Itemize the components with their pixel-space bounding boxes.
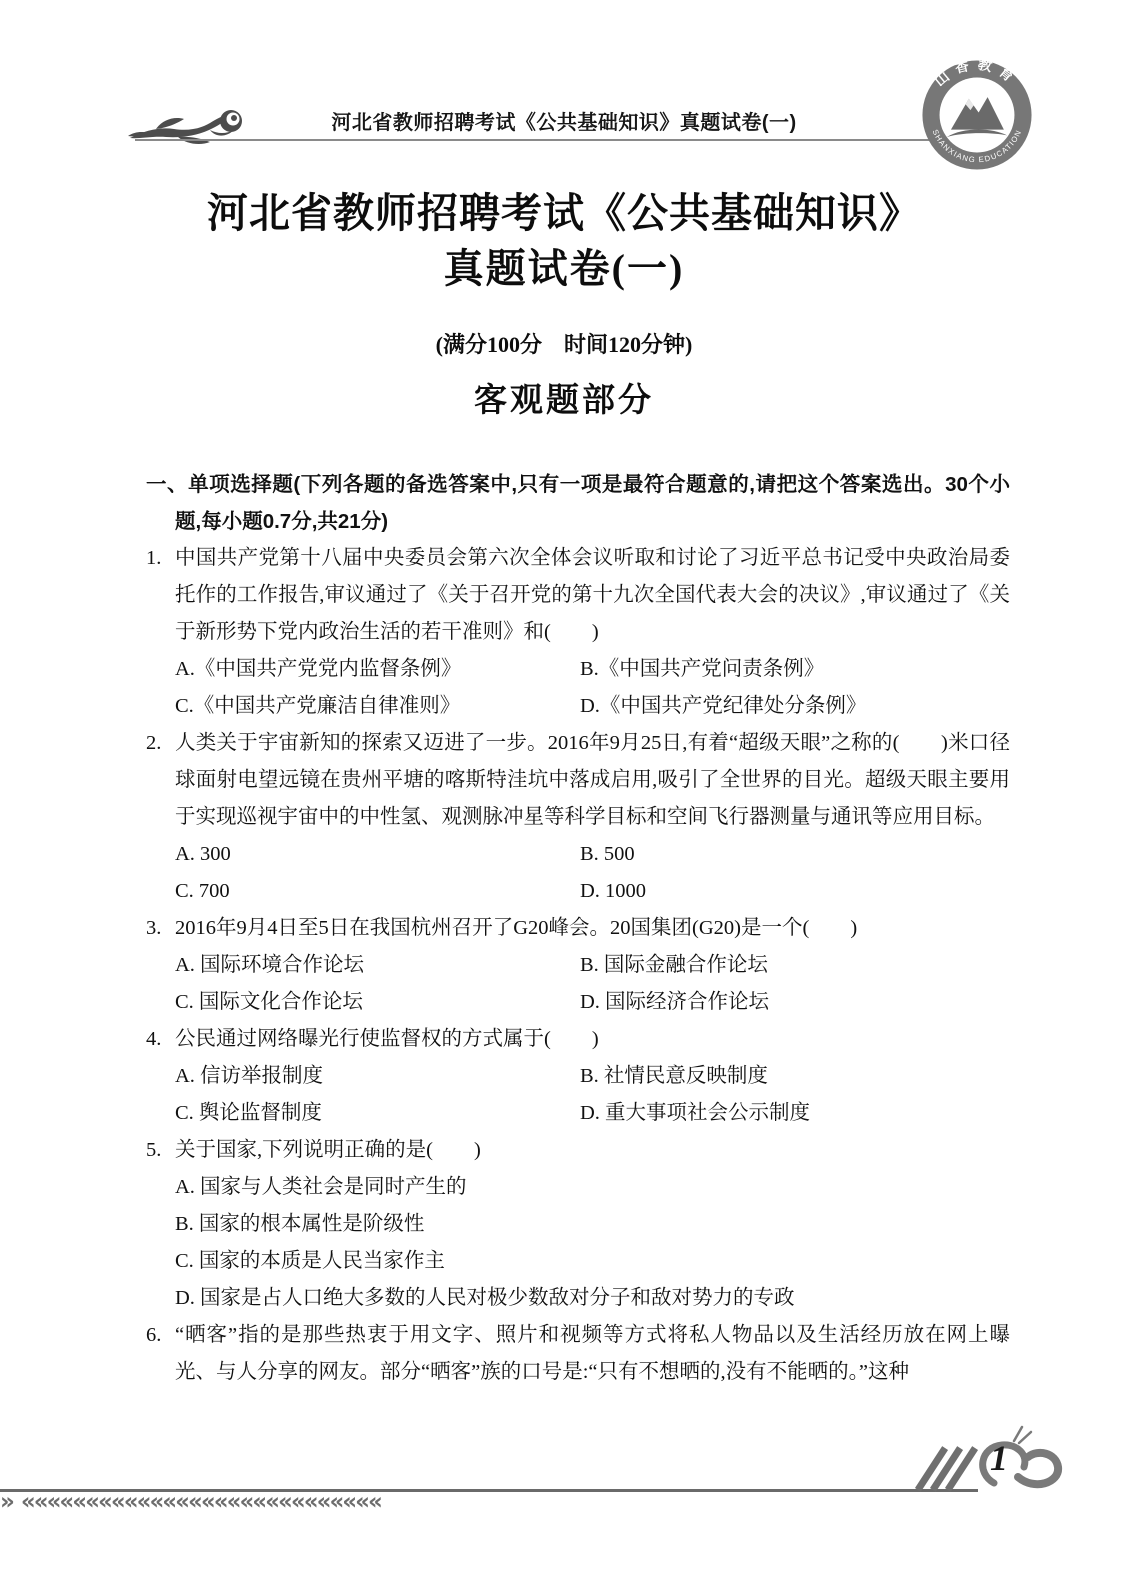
question-5: 5. 关于国家,下列说明正确的是( ) (146, 1132, 1010, 1169)
question-1-options: A.《中国共产党党内监督条例》 B.《中国共产党问责条例》 C.《中国共产党廉洁… (146, 651, 1010, 725)
header-rule (135, 139, 1005, 141)
option: C.《中国共产党廉洁自律准则》 (175, 688, 580, 725)
shanxiang-education-logo: 山香教育 SHANXIANG EDUCATION (920, 58, 1034, 172)
option: B. 500 (580, 836, 1010, 873)
question-number: 5. (146, 1132, 175, 1169)
part-heading: 一、单项选择题(下列各题的备选答案中,只有一项是最符合题意的,请把这个答案选出。… (146, 466, 1010, 540)
question-number: 3. (146, 910, 175, 947)
option: D. 重大事项社会公示制度 (580, 1095, 1010, 1132)
option: C. 国家的本质是人民当家作主 (175, 1243, 1010, 1280)
option: D. 国际经济合作论坛 (580, 984, 1010, 1021)
question-text: 公民通过网络曝光行使监督权的方式属于( ) (175, 1021, 1010, 1058)
question-text: 中国共产党第十八届中央委员会第六次全体会议听取和讨论了习近平总书记受中央政治局委… (175, 540, 1010, 651)
option: B.《中国共产党问责条例》 (580, 651, 1010, 688)
left-chevron-row-icon: «««««««««««««««««««««««««««« (21, 1489, 381, 1515)
option: B. 社情民意反映制度 (580, 1058, 1010, 1095)
option: B. 国家的根本属性是阶级性 (175, 1206, 1010, 1243)
question-number: 2. (146, 725, 175, 762)
page-number: 1 (990, 1437, 1008, 1479)
question-2-options: A. 300 B. 500 C. 700 D. 1000 (146, 836, 1010, 910)
chevron-strip-icon: »«««««««««««««««««««««««««««« (0, 1489, 381, 1515)
question-6: 6. “晒客”指的是那些热衷于用文字、照片和视频等方式将私人物品以及生活经历放在… (146, 1317, 1010, 1391)
exam-body: 一、单项选择题(下列各题的备选答案中,只有一项是最符合题意的,请把这个答案选出。… (146, 466, 1010, 1391)
option: A.《中国共产党党内监督条例》 (175, 651, 580, 688)
question-text: 人类关于宇宙新知的探索又迈进了一步。2016年9月25日,有着“超级天眼”之称的… (175, 725, 1010, 836)
option: A. 国家与人类社会是同时产生的 (175, 1169, 1010, 1206)
question-3: 3. 2016年9月4日至5日在我国杭州召开了G20峰会。20国集团(G20)是… (146, 910, 1010, 947)
question-1: 1. 中国共产党第十八届中央委员会第六次全体会议听取和讨论了习近平总书记受中央政… (146, 540, 1010, 651)
option: C. 国际文化合作论坛 (175, 984, 580, 1021)
option: D.《中国共产党纪律处分条例》 (580, 688, 1010, 725)
document-title-line2: 真题试卷(一) (0, 237, 1128, 294)
question-2: 2. 人类关于宇宙新知的探索又迈进了一步。2016年9月25日,有着“超级天眼”… (146, 725, 1010, 836)
question-4-options: A. 信访举报制度 B. 社情民意反映制度 C. 舆论监督制度 D. 重大事项社… (146, 1058, 1010, 1132)
option: A. 国际环境合作论坛 (175, 947, 580, 984)
option: A. 300 (175, 836, 580, 873)
option: D. 国家是占人口绝大多数的人民对极少数敌对分子和敌对势力的专政 (175, 1280, 1010, 1317)
objective-section-title: 客观题部分 (0, 374, 1128, 421)
question-number: 6. (146, 1317, 175, 1354)
question-text: “晒客”指的是那些热衷于用文字、照片和视频等方式将私人物品以及生活经历放在网上曝… (175, 1317, 1010, 1391)
option: C. 舆论监督制度 (175, 1095, 580, 1132)
option: C. 700 (175, 873, 580, 910)
question-4: 4. 公民通过网络曝光行使监督权的方式属于( ) (146, 1021, 1010, 1058)
question-3-options: A. 国际环境合作论坛 B. 国际金融合作论坛 C. 国际文化合作论坛 D. 国… (146, 947, 1010, 1021)
question-5-options: A. 国家与人类社会是同时产生的 B. 国家的根本属性是阶级性 C. 国家的本质… (146, 1169, 1010, 1317)
butterfly-ornament-icon (972, 1425, 1068, 1505)
option: B. 国际金融合作论坛 (580, 947, 1010, 984)
option: A. 信访举报制度 (175, 1058, 580, 1095)
option: D. 1000 (580, 873, 1010, 910)
right-chevron-icon: » (0, 1489, 13, 1515)
document-title-line1: 河北省教师招聘考试《公共基础知识》 (0, 180, 1128, 239)
question-number: 4. (146, 1021, 175, 1058)
question-text: 2016年9月4日至5日在我国杭州召开了G20峰会。20国集团(G20)是一个(… (175, 910, 1010, 947)
exam-meta: (满分100分 时间120分钟) (0, 328, 1128, 359)
exam-page: 河北省教师招聘考试《公共基础知识》真题试卷(一) 山香教育 SHANXIANG … (0, 0, 1128, 1571)
question-number: 1. (146, 540, 175, 577)
question-text: 关于国家,下列说明正确的是( ) (175, 1132, 1010, 1169)
